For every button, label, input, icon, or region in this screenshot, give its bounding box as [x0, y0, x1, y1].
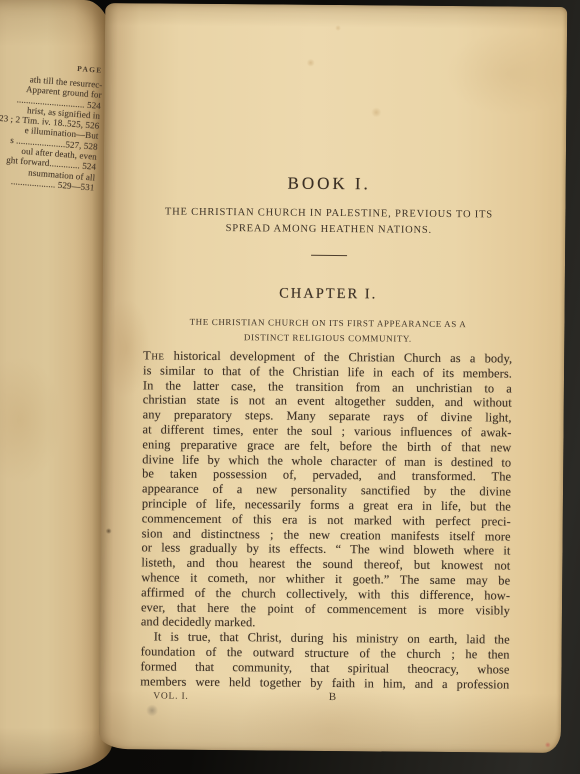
- page-column-header: PAGE: [0, 50, 104, 75]
- chapter-subtitle-line: THE CHRISTIAN CHURCH ON ITS FIRST APPEAR…: [143, 314, 512, 332]
- book-subtitle-line: THE CHRISTIAN CHURCH IN PALESTINE, PREVI…: [144, 204, 513, 223]
- book-title: BOOK I.: [145, 172, 514, 195]
- index-lines: ath till the resurrec-Apparent ground fo…: [0, 64, 103, 193]
- book-subtitle-line: SPREAD AMONG HEATHEN NATIONS.: [144, 220, 513, 239]
- paragraph-1: The historical development of the Christ…: [141, 348, 512, 632]
- book-subtitle: THE CHRISTIAN CHURCH IN PALESTINE, PREVI…: [144, 204, 513, 239]
- volume-label: VOL. I.: [153, 692, 189, 702]
- paragraph-2: It is true, that Christ, during his mini…: [140, 629, 510, 691]
- left-page-index: PAGE ath till the resurrec-Apparent grou…: [0, 50, 104, 193]
- chapter-subtitle: THE CHRISTIAN CHURCH ON ITS FIRST APPEAR…: [143, 314, 512, 347]
- book-photo: PAGE ath till the resurrec-Apparent grou…: [0, 0, 580, 774]
- section-rule: [311, 255, 347, 256]
- signature-mark: B: [329, 691, 337, 703]
- page-content: BOOK I. THE CHRISTIAN CHURCH IN PALESTIN…: [99, 172, 566, 709]
- right-page: BOOK I. THE CHRISTIAN CHURCH IN PALESTIN…: [99, 3, 567, 753]
- left-page: PAGE ath till the resurrec-Apparent grou…: [0, 0, 112, 774]
- small-caps-word: The: [143, 348, 164, 362]
- page-footer: VOL. I. B: [140, 690, 509, 709]
- body-text: The historical development of the Christ…: [140, 348, 512, 692]
- chapter-title: CHAPTER I.: [144, 283, 513, 304]
